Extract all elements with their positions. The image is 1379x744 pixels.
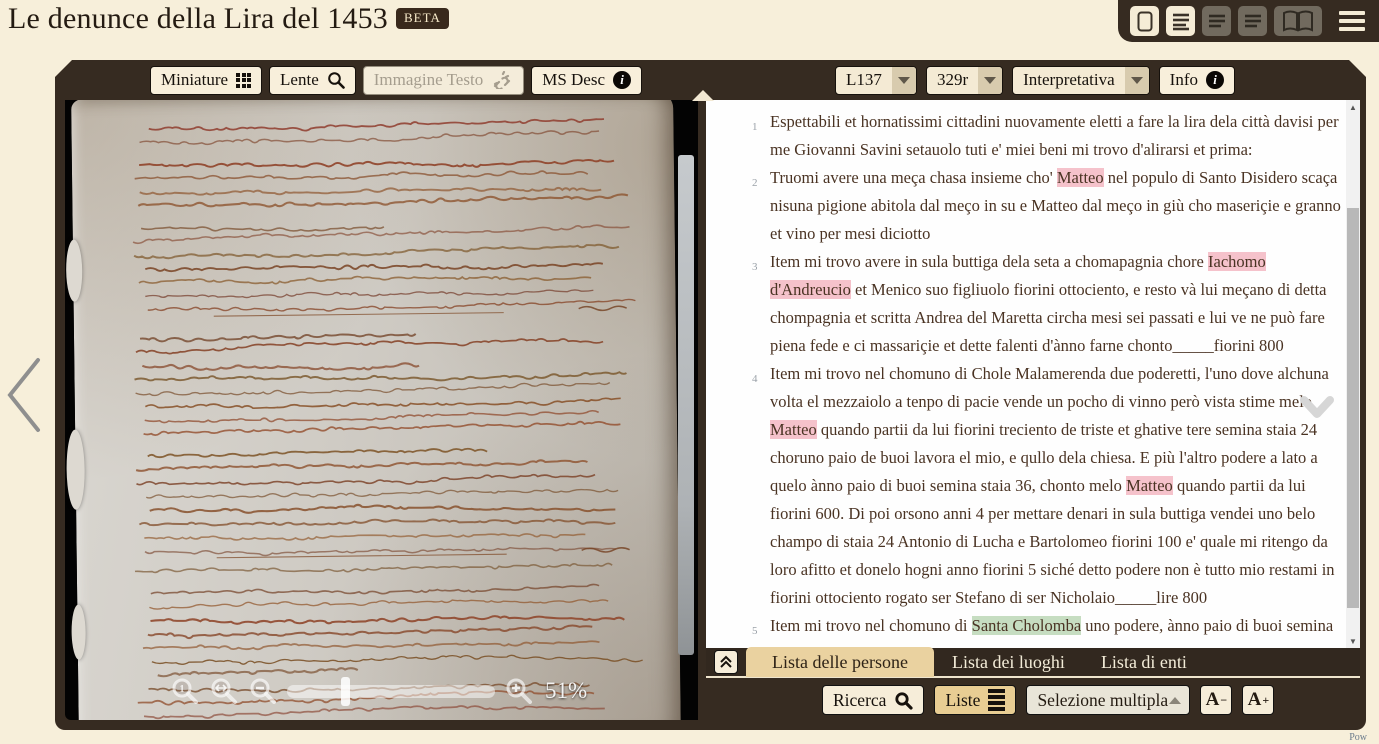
- svg-text:1: 1: [180, 684, 185, 695]
- menu-button[interactable]: [1339, 11, 1365, 31]
- open-book-icon: [1281, 9, 1315, 33]
- line-number: 2: [752, 169, 758, 197]
- zoom-out-button[interactable]: [248, 676, 278, 706]
- tab-lista-enti[interactable]: Lista di enti: [1083, 647, 1205, 677]
- image-zoom-controls: 1 51%: [170, 676, 587, 706]
- zoom-fit-button[interactable]: [209, 676, 239, 706]
- chevron-down-icon: [892, 67, 916, 94]
- info-icon: i: [1206, 71, 1224, 89]
- person-entity[interactable]: Matteo: [1057, 168, 1104, 187]
- tab-lista-luoghi[interactable]: Lista dei luoghi: [934, 647, 1083, 677]
- transcription-item: 5Item mi trovo nel chomuno di Santa Chol…: [770, 612, 1346, 648]
- corner-fold: [1349, 60, 1366, 77]
- grid-icon: [236, 73, 251, 88]
- liste-button[interactable]: Liste: [934, 685, 1016, 715]
- font-decrease-button[interactable]: A−: [1200, 685, 1232, 715]
- text-columns-icon: [1244, 11, 1262, 32]
- list-icon: [988, 689, 1005, 711]
- transcription-item: 3Item mi trovo avere in sula buttiga del…: [770, 248, 1346, 360]
- transcription-item: 1Espettabili et hornatissimi cittadini n…: [770, 108, 1346, 164]
- scrollbar-down-arrow[interactable]: ▼: [1346, 634, 1360, 648]
- powered-by-text: Pow: [1349, 732, 1367, 743]
- folio-select[interactable]: 329r: [926, 66, 1003, 95]
- manuscript-page-image: [71, 100, 681, 720]
- person-entity[interactable]: Matteo: [1126, 476, 1173, 495]
- menu-icon: [1339, 11, 1365, 15]
- text-scrollbar[interactable]: ▲ ▼: [1346, 100, 1360, 648]
- immagine-testo-button[interactable]: Immagine Testo: [363, 66, 524, 95]
- single-page-view-button[interactable]: [1130, 6, 1159, 36]
- miniature-button[interactable]: Miniature: [150, 66, 262, 95]
- place-entity[interactable]: Santa Cholomba: [972, 616, 1082, 635]
- manuscript-image-panel[interactable]: 1 51%: [65, 100, 698, 720]
- transcription-item: 4Item mi trovo nel chomuno di Chole Mala…: [770, 360, 1346, 612]
- transcription-text: Espettabili et hornatissimi cittadini nu…: [770, 112, 1339, 159]
- book-view-button[interactable]: [1274, 6, 1322, 36]
- transcription-text: Truomi avere una meça chasa insieme cho': [770, 168, 1057, 187]
- line-number: 5: [752, 617, 758, 645]
- manuscript-select[interactable]: L137: [835, 66, 917, 95]
- line-number: 3: [752, 253, 758, 281]
- viewer-frame: Miniature Lente Immagine Testo: [55, 60, 1366, 730]
- info-button[interactable]: Info i: [1159, 66, 1235, 95]
- single-page-icon: [1137, 11, 1153, 32]
- zoom-slider-handle[interactable]: [341, 677, 350, 706]
- zoom-in-button[interactable]: [504, 676, 534, 706]
- person-entity[interactable]: Matteo: [770, 420, 817, 439]
- transcription-scroll-area[interactable]: 1Espettabili et hornatissimi cittadini n…: [706, 100, 1346, 648]
- ricerca-button[interactable]: Ricerca: [822, 685, 924, 715]
- chevron-down-icon: [978, 67, 1002, 94]
- scrollbar-up-arrow[interactable]: ▲: [1346, 100, 1360, 114]
- scroll-down-chevron[interactable]: [1298, 388, 1336, 426]
- text-page-icon: [1172, 11, 1190, 32]
- transcription-text: quando partii da lui fiorini 600. Di poi…: [770, 476, 1335, 607]
- handwriting-lines: [71, 100, 681, 720]
- transcription-text: Item mi trovo avere in sula buttiga dela…: [770, 252, 1208, 271]
- magnifier-icon: [327, 71, 345, 89]
- zoom-100-button[interactable]: 1: [170, 676, 200, 706]
- chevron-down-icon: [1125, 67, 1149, 94]
- corner-fold: [55, 60, 72, 77]
- zoom-percentage: 51%: [545, 678, 587, 704]
- page-title: Le denunce della Lira del 1453BETA: [8, 2, 449, 36]
- transcription-list: 1Espettabili et hornatissimi cittadini n…: [706, 100, 1346, 648]
- info-icon: i: [613, 71, 631, 89]
- line-number: 4: [752, 365, 758, 393]
- chevron-up-icon: [1169, 697, 1181, 704]
- scrollbar-thumb[interactable]: [1347, 208, 1359, 608]
- view-mode-bar: [1118, 0, 1379, 42]
- text-view-button[interactable]: [1166, 6, 1195, 36]
- app-title: Le denunce della Lira del 1453: [8, 2, 388, 35]
- transcription-text: et Menico suo figliuolo fiorini ottocien…: [770, 280, 1327, 355]
- previous-page-chevron[interactable]: [4, 356, 44, 434]
- transcription-text: Item mi trovo nel chomuno di: [770, 616, 972, 635]
- next-folio-edge: [678, 155, 694, 655]
- expand-lists-button[interactable]: [714, 650, 738, 674]
- list-controls-row: Ricerca Liste Selezione multipla A− A+: [706, 680, 1360, 720]
- broken-link-icon: [491, 71, 513, 89]
- search-icon: [894, 691, 913, 710]
- entity-tabs-bar: Lista delle persone Lista dei luoghi Lis…: [706, 648, 1360, 678]
- double-text-view-button[interactable]: [1238, 6, 1267, 36]
- transcription-panel: 1Espettabili et hornatissimi cittadini n…: [706, 100, 1360, 648]
- transcription-text: Item mi trovo nel chomuno di Chole Malam…: [770, 364, 1329, 411]
- ms-desc-button[interactable]: MS Desc i: [531, 66, 642, 95]
- selezione-multipla-select[interactable]: Selezione multipla: [1026, 685, 1190, 715]
- font-increase-button[interactable]: A+: [1242, 685, 1274, 715]
- text-columns-icon: [1208, 11, 1226, 32]
- chevron-double-up-icon: [719, 655, 733, 669]
- zoom-slider[interactable]: [287, 685, 495, 698]
- line-number: 1: [752, 113, 758, 141]
- panel-divider-handle[interactable]: [692, 90, 714, 101]
- lente-button[interactable]: Lente: [269, 66, 356, 95]
- beta-badge: BETA: [396, 8, 449, 29]
- edition-select[interactable]: Interpretativa: [1012, 66, 1150, 95]
- image-text-view-button[interactable]: [1202, 6, 1231, 36]
- tab-lista-persone[interactable]: Lista delle persone: [746, 647, 934, 677]
- transcription-item: 2Truomi avere una meça chasa insieme cho…: [770, 164, 1346, 248]
